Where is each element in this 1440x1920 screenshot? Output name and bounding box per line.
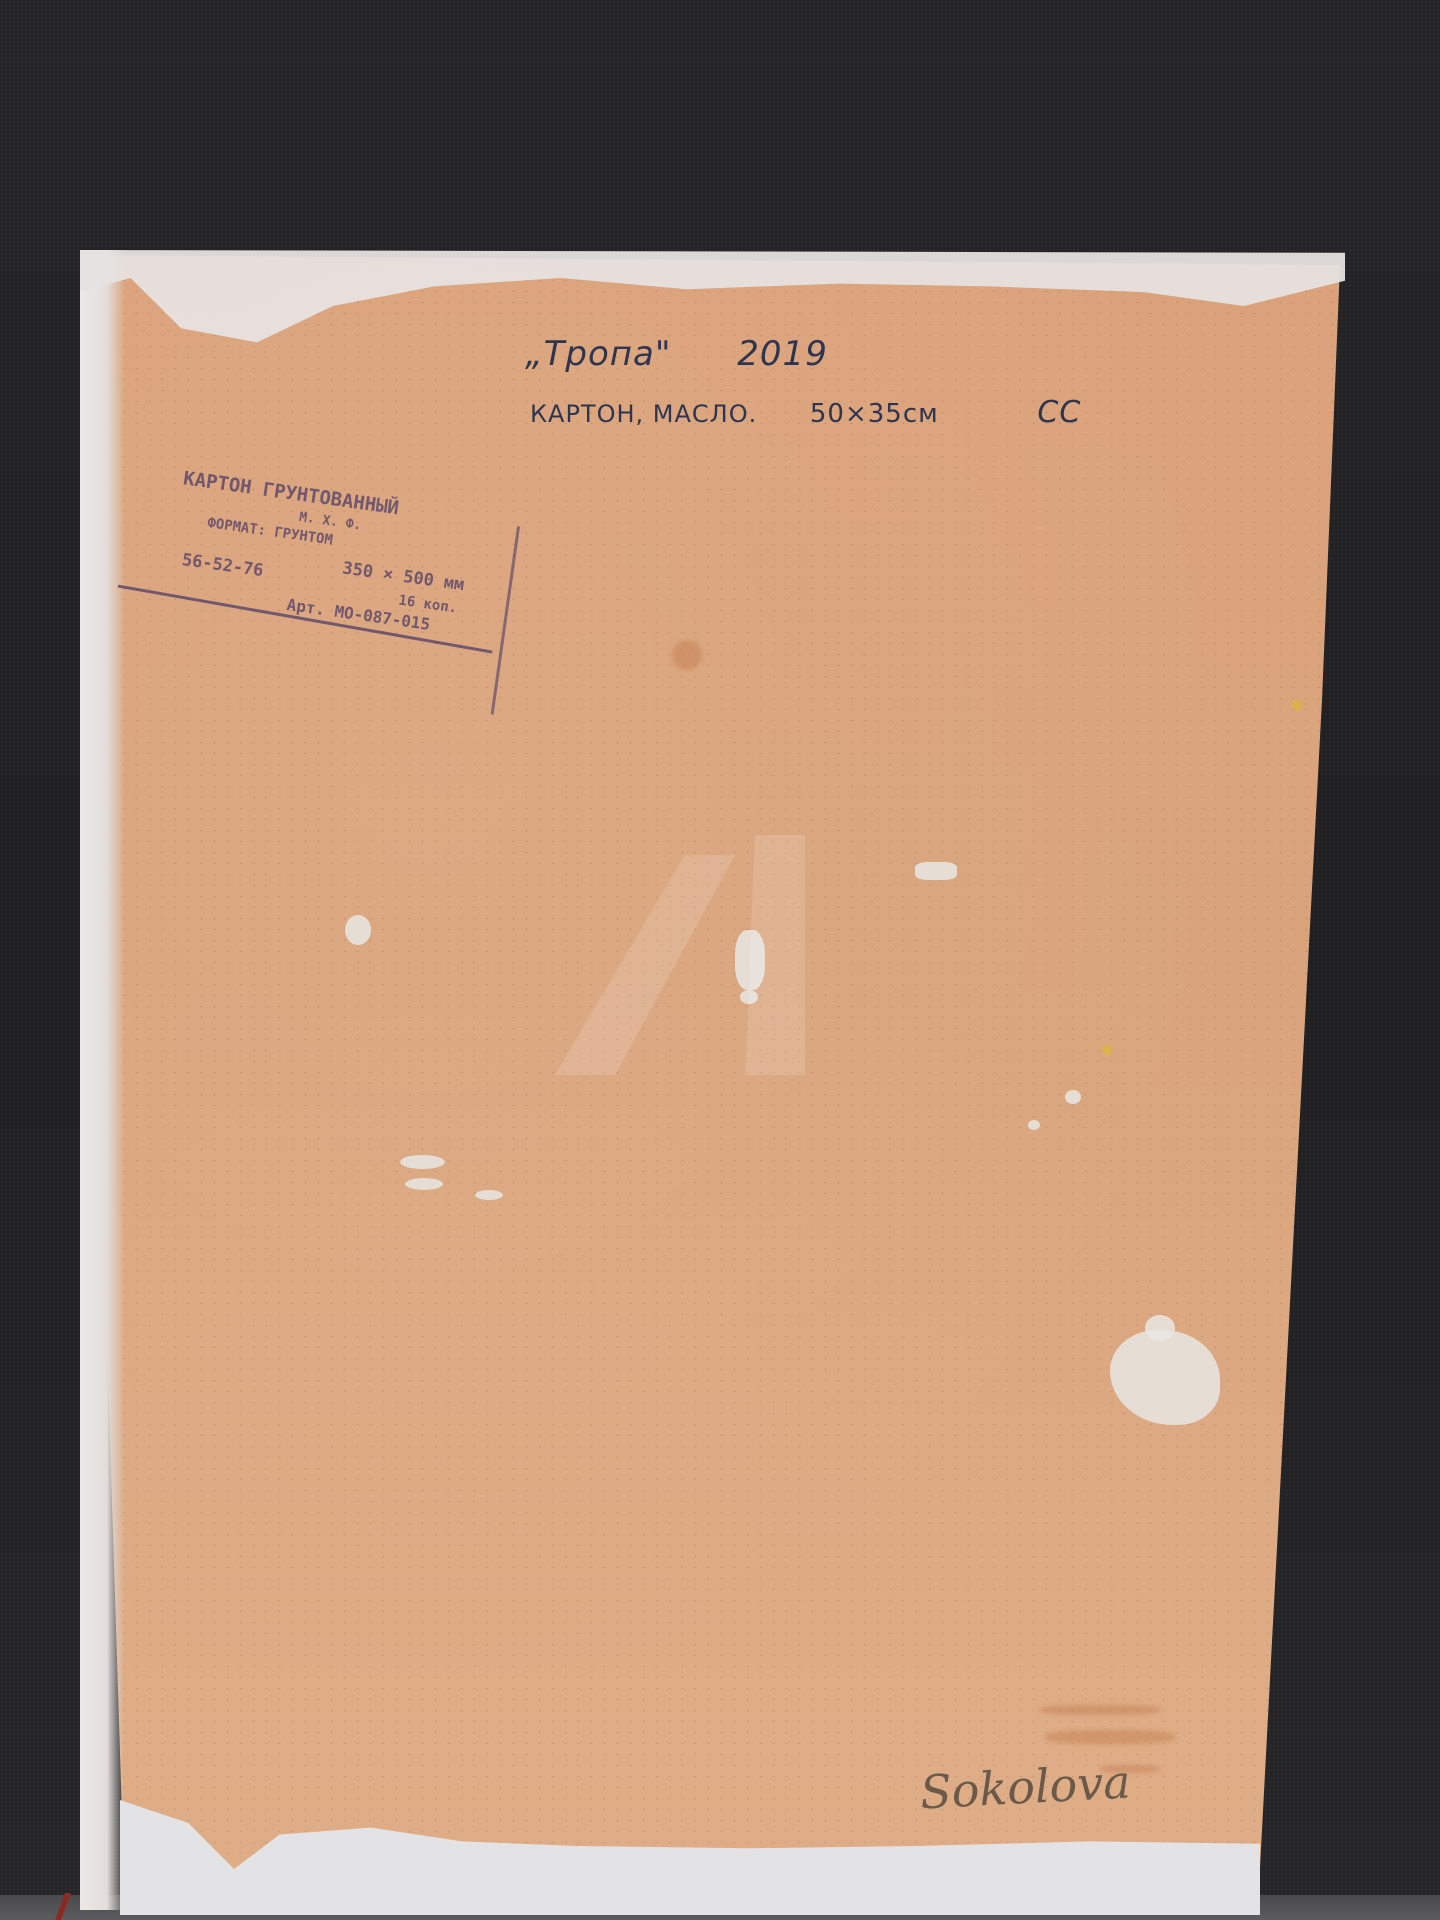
inscription-title-line: „Тропа" 2019: [525, 334, 828, 374]
painting-dimensions: 50×35см: [810, 399, 939, 429]
paint-splatter: [1028, 1120, 1040, 1130]
paint-splatter: [345, 915, 371, 945]
paint-splatter: [915, 862, 957, 880]
yellow-paint-dot: [1102, 1045, 1112, 1055]
brown-stain: [1045, 1730, 1175, 1744]
watermark-logo-icon: [555, 835, 895, 1075]
painting-title: „Тропа": [525, 334, 671, 374]
brown-stain: [672, 640, 702, 670]
paint-splatter: [1145, 1315, 1175, 1341]
yellow-paint-dot: [1292, 700, 1302, 710]
stamp-line: КАРТОН ГРУНТОВАННЫЙ: [182, 467, 400, 519]
artist-initials: СС: [1037, 395, 1081, 430]
stamp-line: 350 × 500 мм: [341, 558, 465, 595]
stamp-border: [118, 585, 493, 654]
brown-stain: [1040, 1705, 1160, 1715]
gesso-edge-left: [80, 250, 125, 1910]
paint-splatter: [400, 1155, 445, 1169]
paint-splatter: [475, 1190, 503, 1200]
stamp-line: 56-52-76: [181, 550, 265, 581]
paint-splatter: [1065, 1090, 1081, 1104]
artist-signature: Sokolova: [919, 1755, 1132, 1820]
paint-splatter: [405, 1178, 443, 1190]
painting-year: 2019: [737, 334, 828, 374]
inscription-medium-line: КАРТОН, МАСЛО. 50×35см СС: [530, 395, 1081, 430]
painting-medium: КАРТОН, МАСЛО.: [530, 400, 757, 428]
